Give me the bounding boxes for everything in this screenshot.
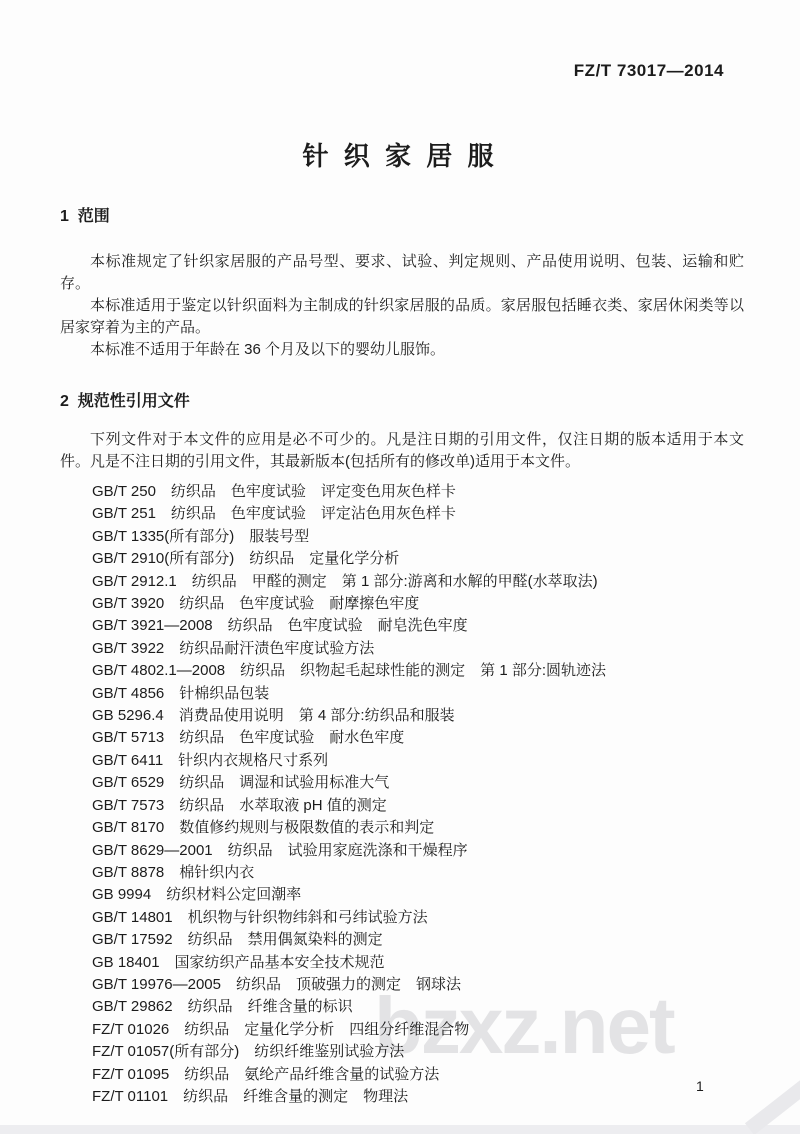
reference-item: GB/T 4802.1—2008 纺织品 织物起毛起球性能的测定 第 1 部分:… [60,660,744,682]
document-page: bzxz.net FZ/T 73017—2014 针 织 家 居 服 1 范围 … [0,0,800,1134]
document-body: 1 范围 本标准规定了针织家居服的产品号型、要求、试验、判定规则、产品使用说明、… [60,206,744,1108]
reference-item: GB/T 8878 棉针织内衣 [60,862,744,884]
reference-list: GB/T 250 纺织品 色牢度试验 评定变色用灰色样卡GB/T 251 纺织品… [60,481,744,1108]
standard-code: FZ/T 73017—2014 [574,61,724,81]
reference-item: GB/T 29862 纺织品 纤维含量的标识 [60,996,744,1018]
reference-item: GB/T 2910(所有部分) 纺织品 定量化学分析 [60,548,744,570]
reference-item: GB/T 1335(所有部分) 服装号型 [60,526,744,548]
reference-item: GB/T 3922 纺织品耐汗渍色牢度试验方法 [60,638,744,660]
reference-item: GB/T 4856 针棉织品包装 [60,683,744,705]
paragraph: 下列文件对于本文件的应用是必不可少的。凡是注日期的引用文件，仅注日期的版本适用于… [60,429,744,473]
reference-item: GB/T 8629—2001 纺织品 试验用家庭洗涤和干燥程序 [60,840,744,862]
reference-item: FZ/T 01057(所有部分) 纺织纤维鉴别试验方法 [60,1041,744,1063]
reference-item: FZ/T 01095 纺织品 氨纶产品纤维含量的试验方法 [60,1064,744,1086]
reference-item: GB/T 17592 纺织品 禁用偶氮染料的测定 [60,929,744,951]
reference-item: GB/T 19976—2005 纺织品 顶破强力的测定 钢球法 [60,974,744,996]
reference-item: GB/T 8170 数值修约规则与极限数值的表示和判定 [60,817,744,839]
paragraph: 本标准规定了针织家居服的产品号型、要求、试验、判定规则、产品使用说明、包装、运输… [60,251,744,295]
reference-item: FZ/T 01026 纺织品 定量化学分析 四组分纤维混合物 [60,1019,744,1041]
reference-item: GB/T 7573 纺织品 水萃取液 pH 值的测定 [60,795,744,817]
document-title: 针 织 家 居 服 [0,136,800,173]
reference-item: GB 5296.4 消费品使用说明 第 4 部分:纺织品和服装 [60,705,744,727]
section-scope-paragraphs: 本标准规定了针织家居服的产品号型、要求、试验、判定规则、产品使用说明、包装、运输… [60,251,744,361]
reference-item: GB/T 6411 针织内衣规格尺寸系列 [60,750,744,772]
reference-item: GB/T 2912.1 纺织品 甲醛的测定 第 1 部分:游离和水解的甲醛(水萃… [60,571,744,593]
section-normative-references: 2 规范性引用文件 下列文件对于本文件的应用是必不可少的。凡是注日期的引用文件，… [60,391,744,1108]
page-number: 1 [696,1078,704,1094]
reference-item: GB/T 251 纺织品 色牢度试验 评定沾色用灰色样卡 [60,503,744,525]
reference-item: GB 9994 纺织材料公定回潮率 [60,884,744,906]
section-scope: 1 范围 本标准规定了针织家居服的产品号型、要求、试验、判定规则、产品使用说明、… [60,206,744,361]
section-scope-heading: 1 范围 [60,206,744,228]
section-references-paragraphs: 下列文件对于本文件的应用是必不可少的。凡是注日期的引用文件，仅注日期的版本适用于… [60,429,744,473]
reference-item: GB/T 6529 纺织品 调湿和试验用标准大气 [60,772,744,794]
reference-item: GB/T 3920 纺织品 色牢度试验 耐摩擦色牢度 [60,593,744,615]
reference-item: GB/T 250 纺织品 色牢度试验 评定变色用灰色样卡 [60,481,744,503]
scan-edge-artifact [0,1125,800,1134]
reference-item: FZ/T 01101 纺织品 纤维含量的测定 物理法 [60,1086,744,1108]
paragraph: 本标准不适用于年龄在 36 个月及以下的婴幼儿服饰。 [60,339,744,361]
paragraph: 本标准适用于鉴定以针织面料为主制成的针织家居服的品质。家居服包括睡衣类、家居休闲… [60,295,744,339]
reference-item: GB/T 14801 机织物与针织物纬斜和弓纬试验方法 [60,907,744,929]
reference-item: GB 18401 国家纺织产品基本安全技术规范 [60,952,744,974]
reference-item: GB/T 3921—2008 纺织品 色牢度试验 耐皂洗色牢度 [60,615,744,637]
reference-item: GB/T 5713 纺织品 色牢度试验 耐水色牢度 [60,727,744,749]
section-references-heading: 2 规范性引用文件 [60,391,744,413]
